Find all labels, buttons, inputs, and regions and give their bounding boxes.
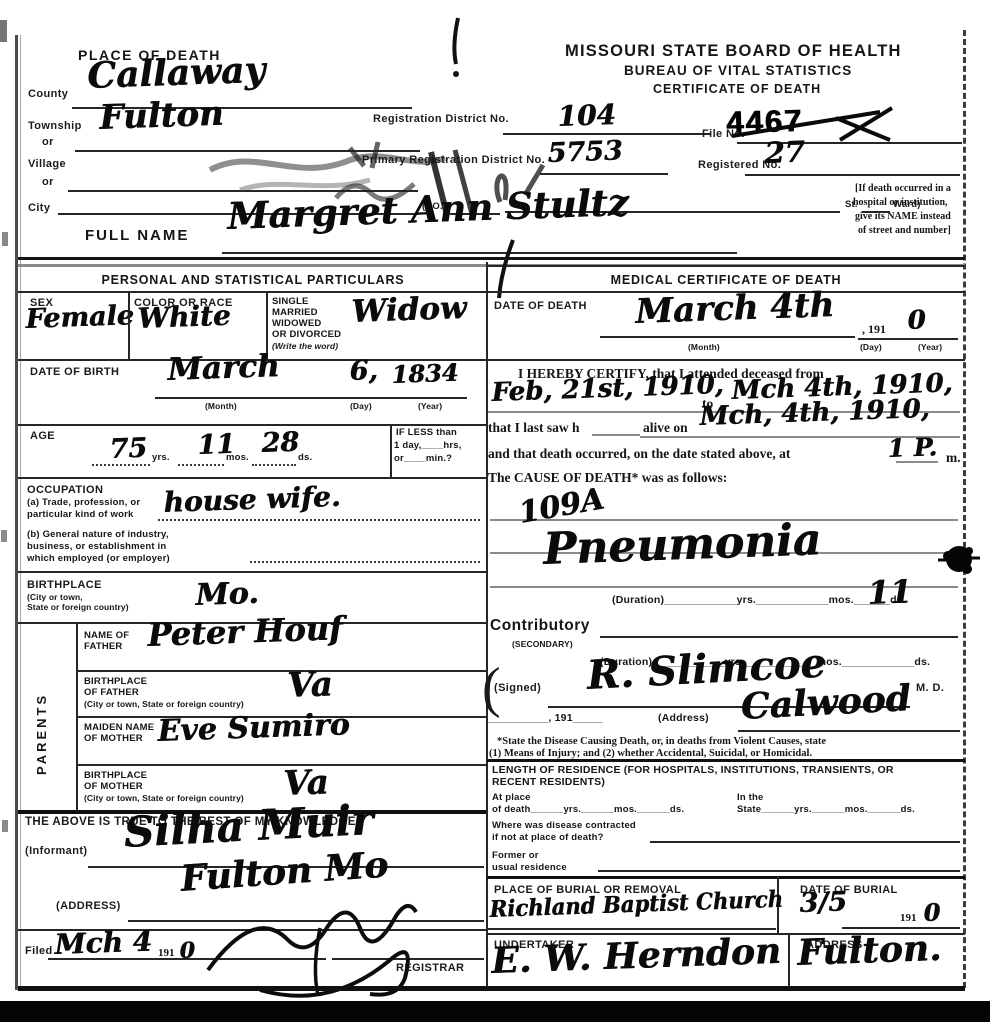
- occupation-a-line: [158, 519, 480, 521]
- dob-year-value: 1834: [391, 358, 459, 389]
- hospital-note-line3: give its NAME instead: [855, 211, 951, 222]
- dob-day-value: 6,: [349, 355, 378, 387]
- county-label: County: [28, 88, 68, 100]
- cause-value: Pneumonia: [542, 514, 822, 575]
- residence-top-divider: [487, 759, 965, 762]
- informant-address-label: (ADDRESS): [56, 900, 121, 912]
- mother-row-line: [76, 764, 486, 766]
- dod-month-sublabel: (Month): [688, 342, 720, 352]
- board-title: MISSOURI STATE BOARD OF HEALTH: [565, 42, 902, 61]
- cause-duration-days-value: 11: [867, 572, 913, 612]
- personal-section-title: PERSONAL AND STATISTICAL PARTICULARS: [20, 271, 486, 289]
- contributory-line: [600, 636, 958, 638]
- color-race-value: White: [137, 299, 231, 335]
- residence-instate-label-2: State______yrs.______mos.______ds.: [737, 804, 915, 815]
- lastsaw-blank-line: [592, 434, 640, 436]
- ifless-label-3: or____min.?: [394, 453, 452, 464]
- mother-name-label-2: OF MOTHER: [84, 733, 143, 744]
- occupation-b-label-3: which employed (or employer): [27, 553, 170, 564]
- father-name-label-2: FATHER: [84, 641, 123, 652]
- mother-birthplace-sublabel: (City or town, State or foreign country): [84, 793, 244, 803]
- burial-top-divider: [487, 876, 965, 879]
- ifless-label-2: 1 day,____hrs,: [394, 440, 462, 451]
- left-page-border-inner: [20, 35, 21, 990]
- dob-line: [155, 397, 467, 399]
- filed-year-digit: 0: [179, 937, 195, 964]
- dob-month-sublabel: (Month): [205, 401, 237, 411]
- undertaker-value: E. W. Herndon: [491, 930, 782, 982]
- contributory-secondary-label: (SECONDARY): [512, 639, 573, 649]
- marital-write-word-label: (Write the word): [272, 341, 338, 351]
- dob-label: DATE OF BIRTH: [30, 366, 119, 378]
- marital-value: Widow: [351, 290, 467, 330]
- occupation-a-label-1: (a) Trade, profession, or: [27, 497, 140, 508]
- footnote-line1: *State the Disease Causing Death, or, in…: [497, 736, 826, 747]
- death-time-line: [896, 461, 938, 463]
- age-yrs-label: yrs.: [152, 452, 170, 463]
- ifless-label-1: IF LESS than: [396, 427, 457, 438]
- signed-address-label: (Address): [658, 712, 709, 724]
- father-birthplace-sublabel: (City or town, State or foreign country): [84, 699, 244, 709]
- sex-value: Female: [25, 300, 134, 335]
- date-of-death-value: March 4th: [635, 285, 835, 332]
- undertaker-address-divider: [788, 933, 790, 988]
- father-name-label-1: NAME OF: [84, 630, 129, 641]
- dob-month-value: March: [167, 348, 280, 388]
- cause-of-death-heading: The CAUSE OF DEATH* was as follows:: [488, 470, 727, 486]
- age-line-1: [92, 464, 150, 466]
- age-line-3: [252, 464, 296, 466]
- contracted-line: [650, 841, 960, 843]
- filed-label: Filed: [25, 945, 53, 957]
- mother-birthplace-label-1: BIRTHPLACE: [84, 770, 147, 781]
- form-bottom-border: [18, 986, 965, 991]
- registered-no-line: [745, 174, 960, 176]
- hospital-note-line4: of street and number]: [858, 225, 951, 236]
- registrar-signature: [200, 898, 440, 1000]
- occupation-row-bottom: [18, 571, 486, 573]
- birthplace-value: Mo.: [195, 576, 259, 613]
- mother-birthplace-label-2: OF MOTHER: [84, 781, 143, 792]
- contracted-label-2: if not at place of death?: [492, 832, 604, 843]
- occurred-text: and that death occurred, on the date sta…: [488, 446, 790, 462]
- footnote-line2: (1) Means of Injury; and (2) whether Acc…: [489, 748, 812, 759]
- residence-atplace-label-2: of death______yrs.______mos.______ds.: [492, 804, 684, 815]
- primary-registration-value: 5753: [547, 135, 623, 169]
- father-birthplace-value: Va: [287, 664, 334, 706]
- residence-heading-2: RECENT RESIDENTS): [492, 776, 605, 788]
- dod-row-bottom: [487, 359, 965, 361]
- dod-year-digit: 0: [907, 305, 926, 336]
- edge-tick: [1, 530, 7, 542]
- occurred-m-label: m.: [946, 450, 961, 466]
- birthplace-label: BIRTHPLACE: [27, 579, 102, 591]
- birthplace-sublabel-1: (City or town,: [27, 592, 83, 602]
- lastsaw-text-1: that I last saw h: [488, 420, 580, 436]
- cause-duration-labels: (Duration)____________yrs.____________mo…: [612, 594, 906, 606]
- dob-day-sublabel: (Day): [350, 401, 372, 411]
- burial-date-value: 3/5: [799, 886, 847, 919]
- residence-instate-label-1: In the: [737, 792, 764, 803]
- mother-name-label-1: MAIDEN NAME: [84, 722, 154, 733]
- burial-place-line: [488, 928, 776, 930]
- age-days-value: 28: [261, 427, 300, 459]
- pen-mark: [448, 16, 464, 80]
- full-name-label: FULL NAME: [85, 227, 189, 244]
- bottom-scan-bar: [0, 1001, 990, 1022]
- signed-label: (Signed): [494, 682, 541, 694]
- bureau-title: BUREAU OF VITAL STATISTICS: [624, 63, 852, 78]
- date-of-death-label: DATE OF DEATH: [494, 300, 587, 312]
- edge-tick: [2, 820, 8, 832]
- death-certificate-scan: PLACE OF DEATH County Callaway Township …: [0, 0, 1000, 1035]
- father-row-line: [76, 670, 486, 672]
- dod-year-prefix: , 191: [862, 322, 886, 337]
- village-label: Village: [28, 158, 66, 170]
- informant-label: (Informant): [25, 845, 87, 857]
- dod-year-line: [858, 338, 958, 340]
- dob-row-bottom: [18, 424, 486, 426]
- registered-no-value: 27: [764, 135, 806, 170]
- edge-tick: [2, 232, 8, 246]
- certificate-title: CERTIFICATE OF DEATH: [653, 82, 821, 96]
- village-or: or: [42, 176, 54, 188]
- residence-atplace-label-1: At place: [492, 792, 531, 803]
- full-name-line: [222, 252, 737, 254]
- registration-district-label: Registration District No.: [373, 113, 509, 125]
- hospital-note-line1: [If death occurred in a: [855, 183, 951, 194]
- contributory-label: Contributory: [490, 617, 590, 635]
- occupation-label: OCCUPATION: [27, 484, 103, 496]
- ink-blot: [936, 536, 982, 582]
- contracted-label-1: Where was disease contracted: [492, 820, 636, 831]
- column-divider: [486, 262, 488, 989]
- age-ifless-divider: [390, 424, 392, 477]
- former-residence-label-2: usual residence: [492, 862, 567, 873]
- md-label: M. D.: [916, 682, 944, 694]
- date-of-death-line: [600, 336, 855, 338]
- sex-color-divider: [128, 292, 130, 360]
- county-value: Callaway: [87, 49, 266, 97]
- age-row-bottom: [18, 477, 486, 479]
- occupation-b-line: [250, 561, 480, 563]
- age-mos-label: mos.: [226, 452, 249, 463]
- occupation-b-label-2: business, or establishment in: [27, 541, 166, 552]
- registration-district-line: [503, 133, 711, 135]
- filed-date-value: Mch 4: [54, 925, 153, 961]
- burial-year-digit: 0: [923, 897, 941, 927]
- marital-label-widowed: WIDOWED: [272, 318, 321, 329]
- primary-registration-label: Primary Registration District No.: [362, 154, 545, 166]
- hospital-note-line2: hospital or institution,: [853, 197, 948, 208]
- medical-section-title: MEDICAL CERTIFICATE OF DEATH: [487, 271, 965, 289]
- edge-tick: [0, 20, 7, 42]
- dod-day-sublabel: (Day): [860, 342, 882, 352]
- occupation-a-label-2: particular kind of work: [27, 509, 133, 520]
- age-ds-label: ds.: [298, 452, 312, 463]
- burial-year-prefix: 191: [900, 912, 917, 924]
- death-time-value: 1 P.: [887, 432, 937, 463]
- signed-address-line: [738, 730, 960, 732]
- township-or: or: [42, 136, 54, 148]
- dod-year-sublabel: (Year): [918, 342, 942, 352]
- former-residence-label-1: Former or: [492, 850, 539, 861]
- signed-date-blank: __________, 191_____: [488, 712, 603, 724]
- residence-heading-1: LENGTH OF RESIDENCE (FOR HOSPITALS, INST…: [492, 764, 894, 776]
- father-birthplace-label-2: OF FATHER: [84, 687, 139, 698]
- left-page-border: [15, 35, 18, 990]
- undertaker-address-value: Fulton.: [797, 927, 943, 974]
- signed-address-value: Calwood: [740, 677, 912, 728]
- township-label: Township: [28, 120, 82, 132]
- mother-name-value: Eve Sumiro: [157, 707, 350, 749]
- marital-label-divorced: OR DIVORCED: [272, 329, 341, 340]
- age-years-value: 75: [109, 433, 148, 465]
- marital-label-single: SINGLE: [272, 296, 309, 307]
- occupation-value: house wife.: [163, 480, 341, 519]
- former-residence-line: [598, 870, 960, 872]
- city-label: City: [28, 202, 50, 214]
- occupation-b-label-1: (b) General nature of industry,: [27, 529, 169, 540]
- birthplace-sublabel-2: State or foreign country): [27, 602, 129, 612]
- father-name-value: Peter Houf: [147, 609, 344, 654]
- registration-district-value: 104: [557, 98, 617, 133]
- primary-registration-line: [540, 173, 668, 175]
- age-line-2: [178, 464, 224, 466]
- age-label: AGE: [30, 430, 55, 442]
- marital-label-married: MARRIED: [272, 307, 318, 318]
- right-page-border: [963, 30, 966, 988]
- lastsaw-text-2: alive on: [643, 420, 688, 436]
- medical-title-top: [487, 265, 965, 267]
- father-birthplace-label-1: BIRTHPLACE: [84, 676, 147, 687]
- dob-year-sublabel: (Year): [418, 401, 442, 411]
- parents-vertical-label: PARENTS: [34, 655, 49, 775]
- file-no-strike: [718, 96, 903, 151]
